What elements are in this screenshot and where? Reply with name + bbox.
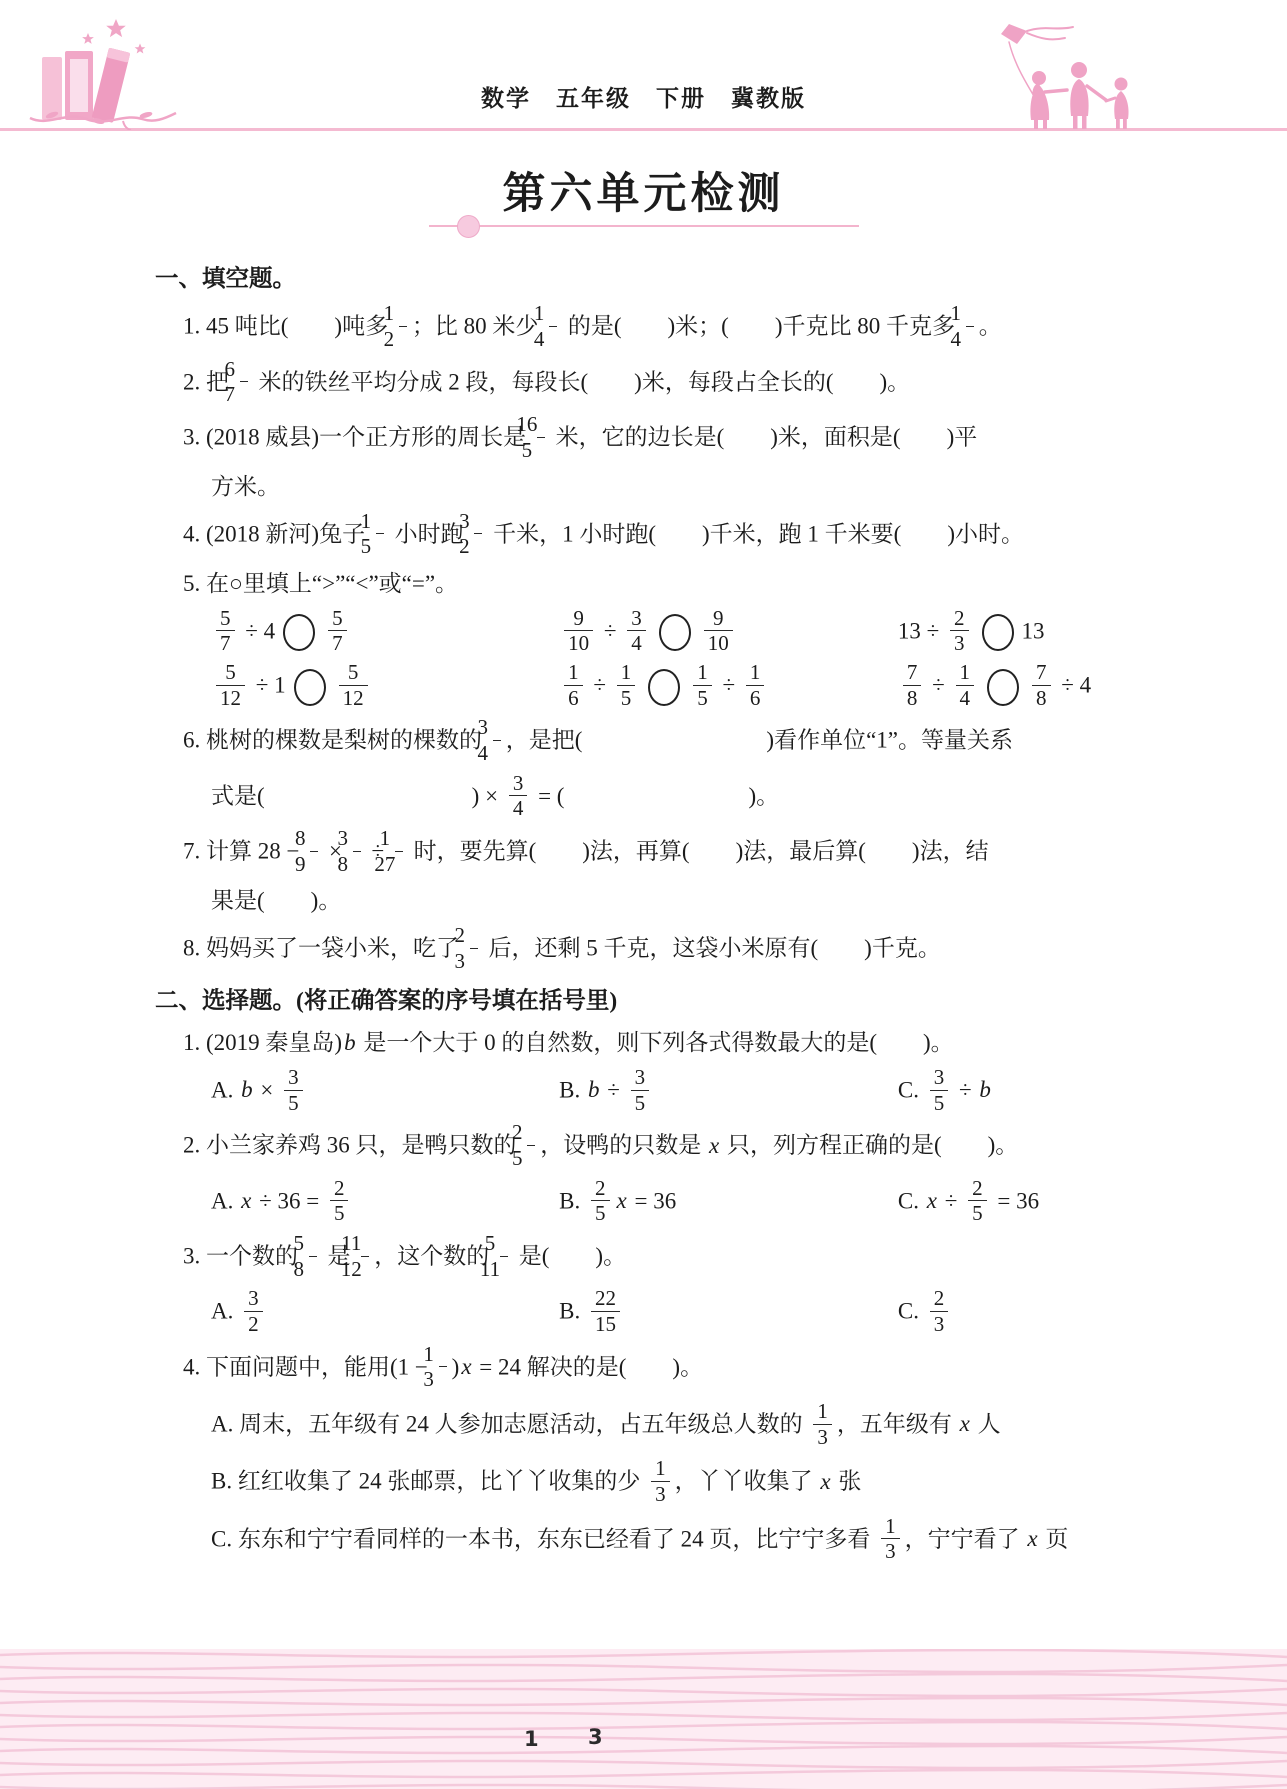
fraction-numerator: 2	[930, 1287, 949, 1312]
fraction-numerator: 1	[881, 1515, 900, 1540]
answer-blank: ( )	[257, 888, 318, 913]
text-run: 平	[954, 424, 977, 449]
footer-band: 1 3	[0, 1649, 1287, 1789]
fraction-denominator: 15	[591, 1312, 620, 1336]
fraction-denominator: 5	[537, 438, 545, 462]
question-line: 8. 妈妈买了一袋小米，吃了 23 后，还剩 5 千克，这袋小米原有( )千克。	[155, 926, 1140, 974]
text-run: ÷ 4	[240, 618, 276, 643]
fraction-denominator: 4	[493, 741, 501, 765]
comparison-circle	[982, 614, 1014, 651]
fraction: 58	[309, 1232, 317, 1280]
fraction: 165	[537, 413, 545, 461]
fraction-denominator: 4	[549, 327, 557, 351]
fraction: 32	[474, 510, 482, 558]
fraction: 16	[746, 661, 765, 709]
row-cell: 910 ÷ 34910	[547, 609, 886, 657]
text-run: 1. (2019 秦皇岛)	[183, 1030, 342, 1055]
worksheet-body: 一、填空题。1. 45 吨比( )吨多 12；比 80 米少 14 的是( )米…	[155, 252, 1140, 1574]
fraction: 25	[591, 1177, 610, 1225]
math-variable: x	[1025, 1526, 1039, 1551]
fraction: 34	[627, 607, 646, 655]
text-run: 人	[972, 1411, 1001, 1436]
fraction-numerator: 5	[328, 607, 347, 632]
choice-option-line: A. 周末，五年级有 24 人参加志愿活动，占五年级总人数的 13，五年级有 x…	[155, 1402, 1140, 1450]
answer-blank: ( )	[721, 314, 782, 339]
text-run: 13 ÷	[898, 618, 945, 643]
fraction: 13	[651, 1457, 670, 1505]
row-cell: A. b × 35	[199, 1068, 547, 1116]
text-run: 一、填空题。	[155, 266, 296, 292]
fraction-numerator: 5	[500, 1232, 508, 1257]
row-cell: 16 ÷ 1515 ÷ 16	[547, 663, 886, 711]
math-variable: b	[239, 1077, 255, 1102]
text-run: 米，面积是	[778, 424, 893, 449]
fraction-numerator: 7	[1032, 661, 1051, 686]
answer-blank: ( )	[934, 1133, 995, 1158]
fraction-numerator: 16	[537, 413, 545, 438]
fraction-numerator: 1	[651, 1457, 670, 1482]
text-run: 。	[995, 1133, 1018, 1158]
math-variable: x	[615, 1188, 629, 1213]
text-run: 3. 一个数的	[183, 1243, 304, 1268]
fraction-numerator: 3	[631, 1066, 650, 1091]
fraction: 67	[240, 358, 248, 406]
math-variable: x	[925, 1188, 939, 1213]
fraction: 15	[376, 510, 384, 558]
answer-blank: ( )	[869, 1030, 930, 1055]
text-run: ，五年级有	[837, 1411, 958, 1436]
text-run: 千克比 80 千克多	[782, 314, 960, 339]
fraction-denominator: 9	[310, 852, 318, 876]
fraction-denominator: 12	[339, 686, 368, 710]
fraction: 78	[1032, 661, 1051, 709]
fraction: 13	[881, 1515, 900, 1563]
answer-blank: ( )	[614, 314, 675, 339]
choice-option-line: B. 红红收集了 24 张邮票，比丫丫收集的少 13，丫丫收集了 x 张	[155, 1459, 1140, 1507]
text-run: ×	[479, 783, 503, 808]
section-heading: 一、填空题。	[155, 262, 1140, 297]
fraction-numerator: 3	[509, 772, 528, 797]
fraction-denominator: 3	[950, 631, 969, 655]
fraction-denominator: 8	[309, 1257, 317, 1281]
question-line: 2. 把 67 米的铁丝平均分成 2 段，每段长( )米，每段占全长的( )。	[155, 360, 1140, 408]
text-run: C.	[898, 1188, 925, 1213]
row-cell: 57 ÷ 457	[199, 609, 547, 657]
page-title-block: 第六单元检测	[0, 160, 1287, 227]
fraction-numerator: 1	[549, 302, 557, 327]
math-variable: x	[239, 1188, 253, 1213]
page-title: 第六单元检测	[503, 160, 785, 221]
text-run: B.	[559, 1077, 586, 1102]
fraction-numerator: 6	[240, 358, 248, 383]
text-run: = 24 解决的是	[474, 1354, 619, 1379]
question-continuation-line: 果是( )。	[155, 884, 1140, 919]
fraction-numerator: 2	[470, 924, 478, 949]
fraction-denominator: 5	[930, 1091, 949, 1115]
text-run: 小时跑	[389, 521, 470, 546]
text-run: C. 东东和宁宁看同样的一本书，东东已经看了 24 页，比宁宁多看	[211, 1526, 876, 1551]
text-run: 后，还剩 5 千克，这袋小米原有	[483, 935, 811, 960]
fraction-numerator: 7	[903, 661, 922, 686]
text-run: 。	[887, 369, 910, 394]
fraction: 14	[956, 661, 975, 709]
text-run: B.	[559, 1188, 586, 1213]
math-variable: b	[977, 1077, 993, 1102]
text-run: ，宁宁看了	[905, 1526, 1026, 1551]
fraction: 14	[549, 302, 557, 350]
fraction-numerator: 11	[361, 1232, 369, 1257]
question-line: 7. 计算 28 − 89 × 38 ÷ 127 时，要先算( )法，再算( )…	[155, 829, 1140, 877]
answer-blank: ( )	[575, 728, 774, 753]
fraction-denominator: 8	[1032, 686, 1051, 710]
text-run: ÷ 1	[250, 672, 286, 697]
row-cell: C. 35 ÷ b	[886, 1068, 1140, 1116]
question-line: 1. (2019 秦皇岛)b 是一个大于 0 的自然数，则下列各式得数最大的是(…	[155, 1026, 1140, 1061]
text-run: 二、选择题。(将正确答案的序号填在括号里)	[155, 988, 617, 1014]
fraction: 57	[328, 607, 347, 655]
fraction: 512	[216, 661, 245, 709]
text-run: = 36	[992, 1188, 1039, 1213]
answer-blank: ( )	[894, 521, 955, 546]
text-run: ，这个数的	[374, 1243, 495, 1268]
text-run: 8. 妈妈买了一袋小米，吃了	[183, 935, 465, 960]
fraction: 910	[704, 607, 733, 655]
fraction-denominator: 6	[564, 686, 583, 710]
fraction-denominator: 2	[244, 1312, 263, 1336]
text-run: 1. 45 吨比	[183, 314, 281, 339]
fraction: 78	[903, 661, 922, 709]
text-run: 的是	[562, 314, 614, 339]
answer-blank: ( )	[257, 783, 479, 808]
fraction-numerator: 3	[284, 1066, 303, 1091]
fraction: 25	[330, 1177, 349, 1225]
fraction: 35	[930, 1066, 949, 1114]
fraction-numerator: 9	[564, 607, 593, 632]
text-run: 5. 在○里填上“>”“<”或“=”。	[183, 571, 458, 596]
fraction: 32	[244, 1287, 263, 1335]
fraction: 35	[631, 1066, 650, 1114]
fraction-denominator: 5	[527, 1146, 535, 1170]
fraction-denominator: 3	[470, 949, 478, 973]
fraction: 89	[310, 827, 318, 875]
text-run: 4. 下面问题中，能用(1 −	[183, 1354, 434, 1379]
fraction: 13	[813, 1400, 832, 1448]
text-run: 式是	[211, 783, 257, 808]
text-run: 米，每段占全长的	[642, 369, 826, 394]
text-run: 。	[603, 1243, 626, 1268]
fraction-denominator: 12	[361, 1257, 369, 1281]
three-column-row: 512 ÷ 151216 ÷ 1515 ÷ 1678 ÷ 1478 ÷ 4	[155, 663, 1140, 711]
text-run: A.	[211, 1077, 239, 1102]
fraction-denominator: 3	[651, 1482, 670, 1506]
footer-waves-decoration	[0, 1649, 1287, 1789]
text-run: ，丫丫收集了	[675, 1469, 819, 1494]
three-column-row: A. 32B. 2215C. 23	[155, 1289, 1140, 1337]
text-run: =	[532, 783, 556, 808]
fraction-numerator: 2	[950, 607, 969, 632]
title-underline	[429, 225, 859, 227]
fraction-denominator: 7	[328, 631, 347, 655]
fraction-denominator: 8	[353, 852, 361, 876]
fraction: 13	[439, 1343, 447, 1391]
answer-blank: ( )	[858, 838, 919, 863]
fraction-numerator: 3	[244, 1287, 263, 1312]
row-cell: B. b ÷ 35	[547, 1068, 886, 1116]
fraction: 16	[564, 661, 583, 709]
text-run: 4. (2018 新河)兔子	[183, 521, 371, 546]
text-run: ÷	[717, 672, 741, 697]
text-run: 。	[318, 888, 341, 913]
text-run: A.	[211, 1188, 239, 1213]
page-number-left: 1	[524, 1727, 539, 1751]
title-dot-decoration	[457, 215, 480, 238]
text-run: = 36	[629, 1188, 676, 1213]
fraction: 14	[966, 302, 974, 350]
fraction-denominator: 8	[903, 686, 922, 710]
text-run: 页	[1040, 1526, 1069, 1551]
row-cell: A. 32	[199, 1289, 547, 1337]
fraction-numerator: 2	[968, 1177, 987, 1202]
children-kite-decoration-icon	[975, 18, 1175, 130]
fraction-numerator: 1	[966, 302, 974, 327]
fraction-denominator: 11	[500, 1257, 508, 1281]
row-cell: A. x ÷ 36 = 25	[199, 1179, 547, 1227]
page-number-right: 3	[588, 1725, 603, 1749]
fraction-denominator: 5	[968, 1201, 987, 1225]
fraction-numerator: 3	[353, 827, 361, 852]
fraction-denominator: 3	[881, 1539, 900, 1563]
fraction-denominator: 7	[240, 382, 248, 406]
fraction-numerator: 1	[813, 1400, 832, 1425]
row-cell: 78 ÷ 1478 ÷ 4	[886, 663, 1140, 711]
comparison-circle	[659, 614, 691, 651]
text-run: 是	[513, 1243, 542, 1268]
text-run: ÷	[939, 1188, 963, 1213]
text-run: 。	[680, 1354, 703, 1379]
text-run: 小时。	[955, 521, 1024, 546]
fraction: 57	[216, 607, 235, 655]
text-run: ÷	[953, 1077, 977, 1102]
math-variable: x	[707, 1133, 721, 1158]
fraction-denominator: 27	[395, 852, 403, 876]
fraction-numerator: 3	[474, 510, 482, 535]
fraction: 12	[399, 302, 407, 350]
question-line: 3. 一个数的 58 是 1112，这个数的 511 是( )。	[155, 1234, 1140, 1282]
text-run: 方米。	[211, 474, 280, 499]
fraction: 2215	[591, 1287, 620, 1335]
text-run: 法，最后算	[743, 838, 858, 863]
fraction-numerator: 3	[627, 607, 646, 632]
books-stars-decoration-icon	[28, 15, 178, 130]
fraction-denominator: 5	[693, 686, 712, 710]
text-run: 米；	[675, 314, 721, 339]
fraction-numerator: 3	[493, 716, 501, 741]
question-line: 4. (2018 新河)兔子 15 小时跑 32 千米，1 小时跑( )千米，跑…	[155, 512, 1140, 560]
fraction: 23	[470, 924, 478, 972]
text-run: 果是	[211, 888, 257, 913]
text-run: ÷	[588, 672, 612, 697]
text-run: 时，要先算	[408, 838, 529, 863]
answer-blank: ( )	[717, 424, 778, 449]
question-line: 4. 下面问题中，能用(1 − 13)x = 24 解决的是( )。	[155, 1345, 1140, 1393]
fraction: 23	[950, 607, 969, 655]
text-run: 。	[931, 1030, 954, 1055]
fraction-numerator: 2	[527, 1121, 535, 1146]
text-run: 。	[756, 783, 779, 808]
fraction: 910	[564, 607, 593, 655]
fraction-numerator: 1	[439, 1343, 447, 1368]
fraction: 1112	[361, 1232, 369, 1280]
text-run: 3. (2018 威县)一个正方形的周长是	[183, 424, 532, 449]
fraction-denominator: 7	[216, 631, 235, 655]
fraction: 512	[339, 661, 368, 709]
worksheet-page: { "header": { "title": "数学\u3000五年级\u300…	[0, 0, 1287, 1789]
text-run: B. 红红收集了 24 张邮票，比丫丫收集的少	[211, 1469, 646, 1494]
text-run: A.	[211, 1299, 239, 1324]
fraction-denominator: 4	[966, 327, 974, 351]
fraction-numerator: 1	[564, 661, 583, 686]
fraction-numerator: 1	[399, 302, 407, 327]
three-column-row: A. x ÷ 36 = 25B. 25x = 36C. x ÷ 25 = 36	[155, 1179, 1140, 1227]
text-run: C.	[898, 1077, 925, 1102]
text-run: 看作单位“1”。等量关系	[774, 728, 1013, 753]
text-run: ，设鸭的只数是	[540, 1133, 707, 1158]
fraction-numerator: 22	[591, 1287, 620, 1312]
question-line: 6. 桃树的棵数是梨树的棵数的 34，是把( )看作单位“1”。等量关系	[155, 718, 1140, 766]
fraction: 15	[693, 661, 712, 709]
fraction: 127	[395, 827, 403, 875]
row-cell: B. 2215	[547, 1289, 886, 1337]
fraction-denominator: 3	[813, 1425, 832, 1449]
text-run: ×	[255, 1077, 279, 1102]
answer-blank: ( )	[542, 1243, 603, 1268]
text-run: 是一个大于 0 的自然数，则下列各式得数最大的是	[358, 1030, 870, 1055]
fraction: 25	[968, 1177, 987, 1225]
fraction: 35	[284, 1066, 303, 1114]
fraction-denominator: 2	[474, 534, 482, 558]
fraction-denominator: 5	[330, 1201, 349, 1225]
fraction-denominator: 5	[376, 534, 384, 558]
question-line: 1. 45 吨比( )吨多 12；比 80 米少 14 的是( )米；( )千克…	[155, 304, 1140, 352]
row-cell: C. 23	[886, 1289, 1140, 1337]
answer-blank: ( )	[826, 369, 887, 394]
three-column-row: A. b × 35B. b ÷ 35C. 35 ÷ b	[155, 1068, 1140, 1116]
answer-blank: ( )	[281, 314, 342, 339]
text-run: 米，它的边长是	[550, 424, 717, 449]
answer-blank: ( )	[893, 424, 954, 449]
math-variable: b	[342, 1030, 358, 1055]
text-run: 千克。	[872, 935, 941, 960]
text-run: ；比 80 米少	[412, 314, 544, 339]
text-run: 13	[1022, 618, 1045, 643]
fraction-denominator: 12	[216, 686, 245, 710]
fraction-numerator: 1	[693, 661, 712, 686]
comparison-circle	[294, 669, 326, 706]
fraction: 38	[353, 827, 361, 875]
three-column-row: 57 ÷ 457910 ÷ 3491013 ÷ 2313	[155, 609, 1140, 657]
fraction-numerator: 2	[591, 1177, 610, 1202]
fraction: 34	[493, 716, 501, 764]
fraction-numerator: 5	[216, 661, 245, 686]
math-variable: x	[818, 1469, 832, 1494]
row-cell: C. x ÷ 25 = 36	[886, 1179, 1140, 1227]
fraction-numerator: 1	[746, 661, 765, 686]
text-run: 。	[979, 314, 1002, 339]
answer-blank: ( )	[811, 935, 872, 960]
fraction-denominator: 5	[617, 686, 636, 710]
fraction-numerator: 1	[617, 661, 636, 686]
row-cell: 13 ÷ 2313	[886, 609, 1140, 657]
fraction: 15	[617, 661, 636, 709]
math-variable: x	[958, 1411, 972, 1436]
fraction-numerator: 1	[956, 661, 975, 686]
text-run: 法，结	[920, 838, 989, 863]
text-run: 7. 计算 28 −	[183, 838, 305, 863]
text-run: 米的铁丝平均分成 2 段，每段长	[253, 369, 581, 394]
math-variable: x	[459, 1354, 473, 1379]
text-run: ÷ 36 =	[253, 1188, 325, 1213]
fraction-numerator: 5	[216, 607, 235, 632]
fraction: 25	[527, 1121, 535, 1169]
fraction: 34	[509, 772, 528, 820]
math-variable: b	[586, 1077, 602, 1102]
comparison-circle	[987, 669, 1019, 706]
answer-blank: ( )	[581, 369, 642, 394]
answer-blank: ( )	[557, 783, 756, 808]
fraction-numerator: 1	[395, 827, 403, 852]
fraction-numerator: 1	[376, 510, 384, 535]
text-run: A. 周末，五年级有 24 人参加志愿活动，占五年级总人数的	[211, 1411, 808, 1436]
text-run: 千米，跑 1 千米要	[710, 521, 894, 546]
fraction-denominator: 10	[704, 631, 733, 655]
fraction-numerator: 8	[310, 827, 318, 852]
fraction-numerator: 9	[704, 607, 733, 632]
fraction: 23	[930, 1287, 949, 1335]
question-continuation-line: 式是( ) × 34 = ( )。	[155, 774, 1140, 822]
text-run: B.	[559, 1299, 586, 1324]
question-line: 2. 小兰家养鸡 36 只，是鸭只数的 25，设鸭的只数是 x 只，列方程正确的…	[155, 1123, 1140, 1171]
fraction-denominator: 5	[631, 1091, 650, 1115]
fraction-denominator: 10	[564, 631, 593, 655]
fraction-denominator: 5	[591, 1201, 610, 1225]
text-run: ÷	[602, 1077, 626, 1102]
text-run: 6. 桃树的棵数是梨树的棵数的	[183, 728, 488, 753]
fraction-numerator: 3	[930, 1066, 949, 1091]
fraction-denominator: 6	[746, 686, 765, 710]
fraction-numerator: 5	[309, 1232, 317, 1257]
text-run: 法，再算	[590, 838, 682, 863]
text-run: ，是把	[506, 728, 575, 753]
fraction: 511	[500, 1232, 508, 1280]
answer-blank: ( )	[648, 521, 709, 546]
answer-blank: ( )	[529, 838, 590, 863]
comparison-circle	[283, 614, 315, 651]
text-run: 2. 小兰家养鸡 36 只，是鸭只数的	[183, 1133, 522, 1158]
fraction-denominator: 4	[627, 631, 646, 655]
fraction-denominator: 3	[930, 1312, 949, 1336]
question-line: 3. (2018 威县)一个正方形的周长是 165 米，它的边长是( )米，面积…	[155, 415, 1140, 463]
question-line: 5. 在○里填上“>”“<”或“=”。	[155, 567, 1140, 602]
choice-option-line: C. 东东和宁宁看同样的一本书，东东已经看了 24 页，比宁宁多看 13，宁宁看…	[155, 1517, 1140, 1565]
answer-blank: ( )	[682, 838, 743, 863]
row-cell: B. 25x = 36	[547, 1179, 886, 1227]
fraction-numerator: 5	[339, 661, 368, 686]
fraction-numerator: 2	[330, 1177, 349, 1202]
section-heading: 二、选择题。(将正确答案的序号填在括号里)	[155, 984, 1140, 1019]
fraction-denominator: 4	[956, 686, 975, 710]
text-run: 张	[833, 1469, 862, 1494]
text-run: C.	[898, 1299, 925, 1324]
